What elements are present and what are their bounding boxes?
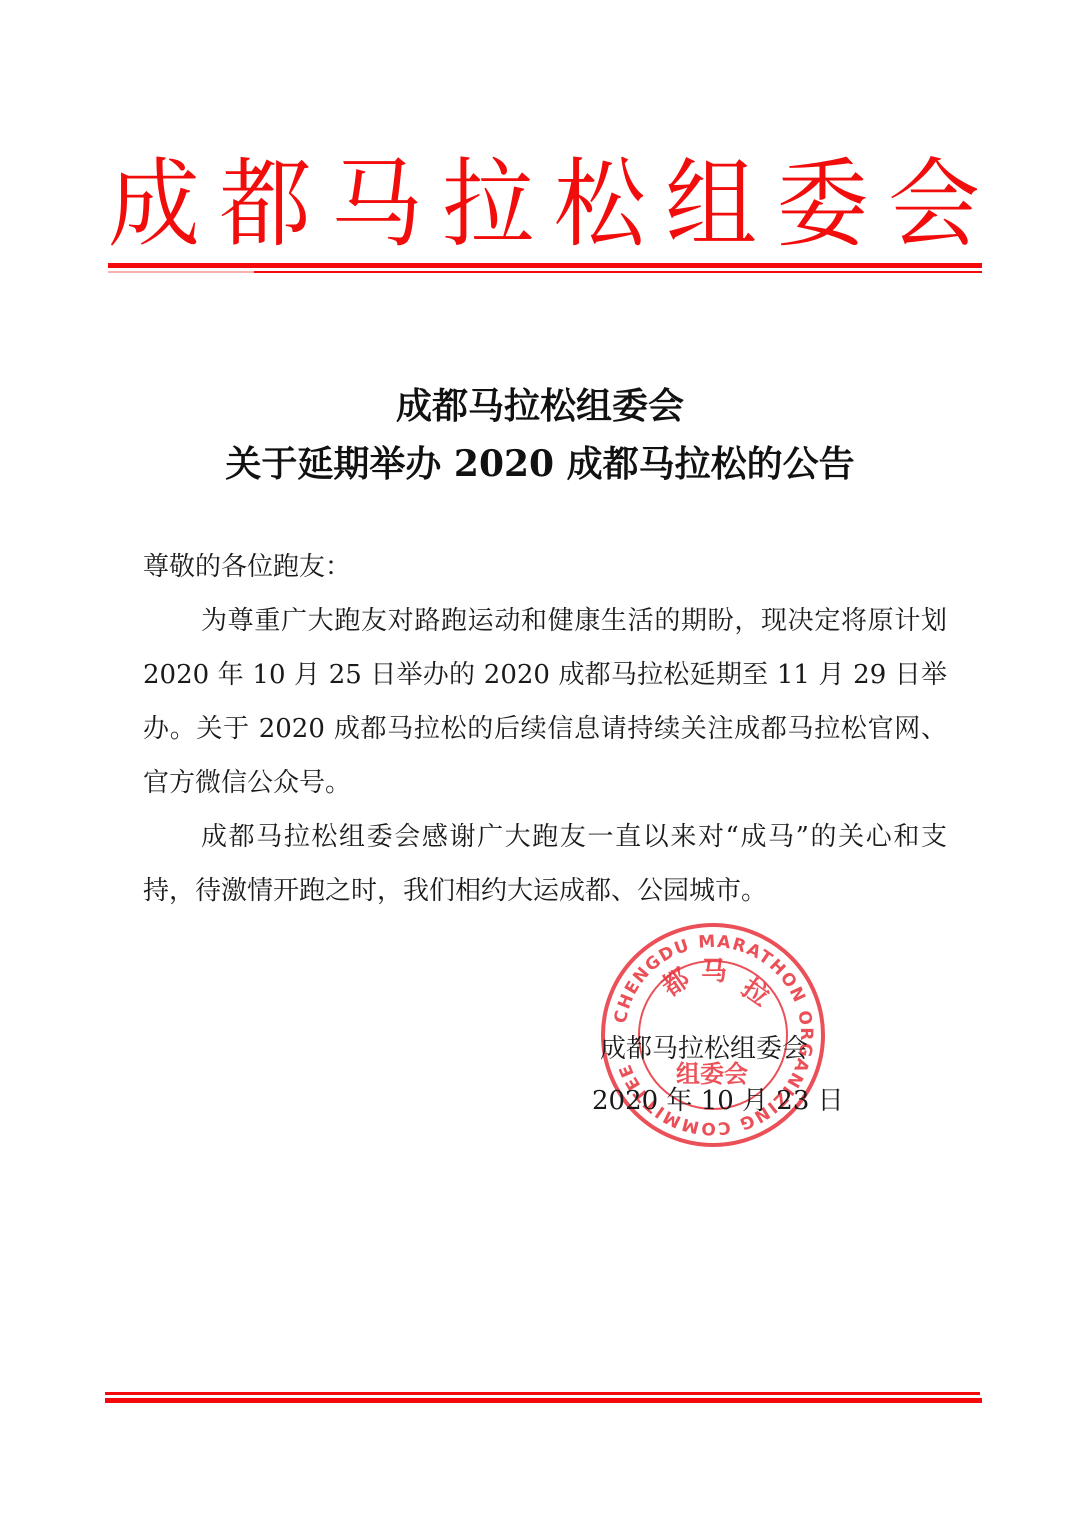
letterhead-masthead: 成 都 马 拉 松 组 委 会 [108,150,980,260]
footer-rule-thin [105,1392,980,1395]
masthead-char: 会 [888,157,980,254]
seal-char: 马 [701,957,727,987]
body-paragraph-2: 成都马拉松组委会感谢广大跑友一直以来对“成马”的关心和支持，待激情开跑之时，我们… [143,810,947,918]
masthead-char: 组 [665,157,757,254]
masthead-char: 都 [219,157,311,254]
masthead-char: 成 [108,157,200,254]
announcement-title-line2: 关于延期举办 2020 成都马拉松的公告 [0,446,1080,482]
masthead-char: 松 [554,157,646,254]
signature-organization: 成都马拉松组委会 [600,1036,808,1062]
letterhead-rule-thin [108,271,982,273]
announcement-page: 成 都 马 拉 松 组 委 会 成都马拉松组委会 关于延期举办 2020 成都马… [0,0,1080,1527]
body-paragraph-1: 为尊重广大跑友对路跑运动和健康生活的期盼，现决定将原计划 2020 年 10 月… [143,594,947,810]
letterhead-rule-thick [108,263,982,268]
footer-rule-thick [105,1398,982,1403]
masthead-char: 拉 [442,157,534,254]
seal-center-text: 组委会 [676,1060,748,1088]
masthead-char: 委 [777,157,869,254]
seal-char: 拉 [736,973,775,1012]
announcement-title-line1: 成都马拉松组委会 [0,388,1080,424]
masthead-char: 马 [331,157,423,254]
signature-date: 2020 年 10 月 23 日 [592,1088,844,1114]
salutation: 尊敬的各位跑友： [143,540,947,594]
